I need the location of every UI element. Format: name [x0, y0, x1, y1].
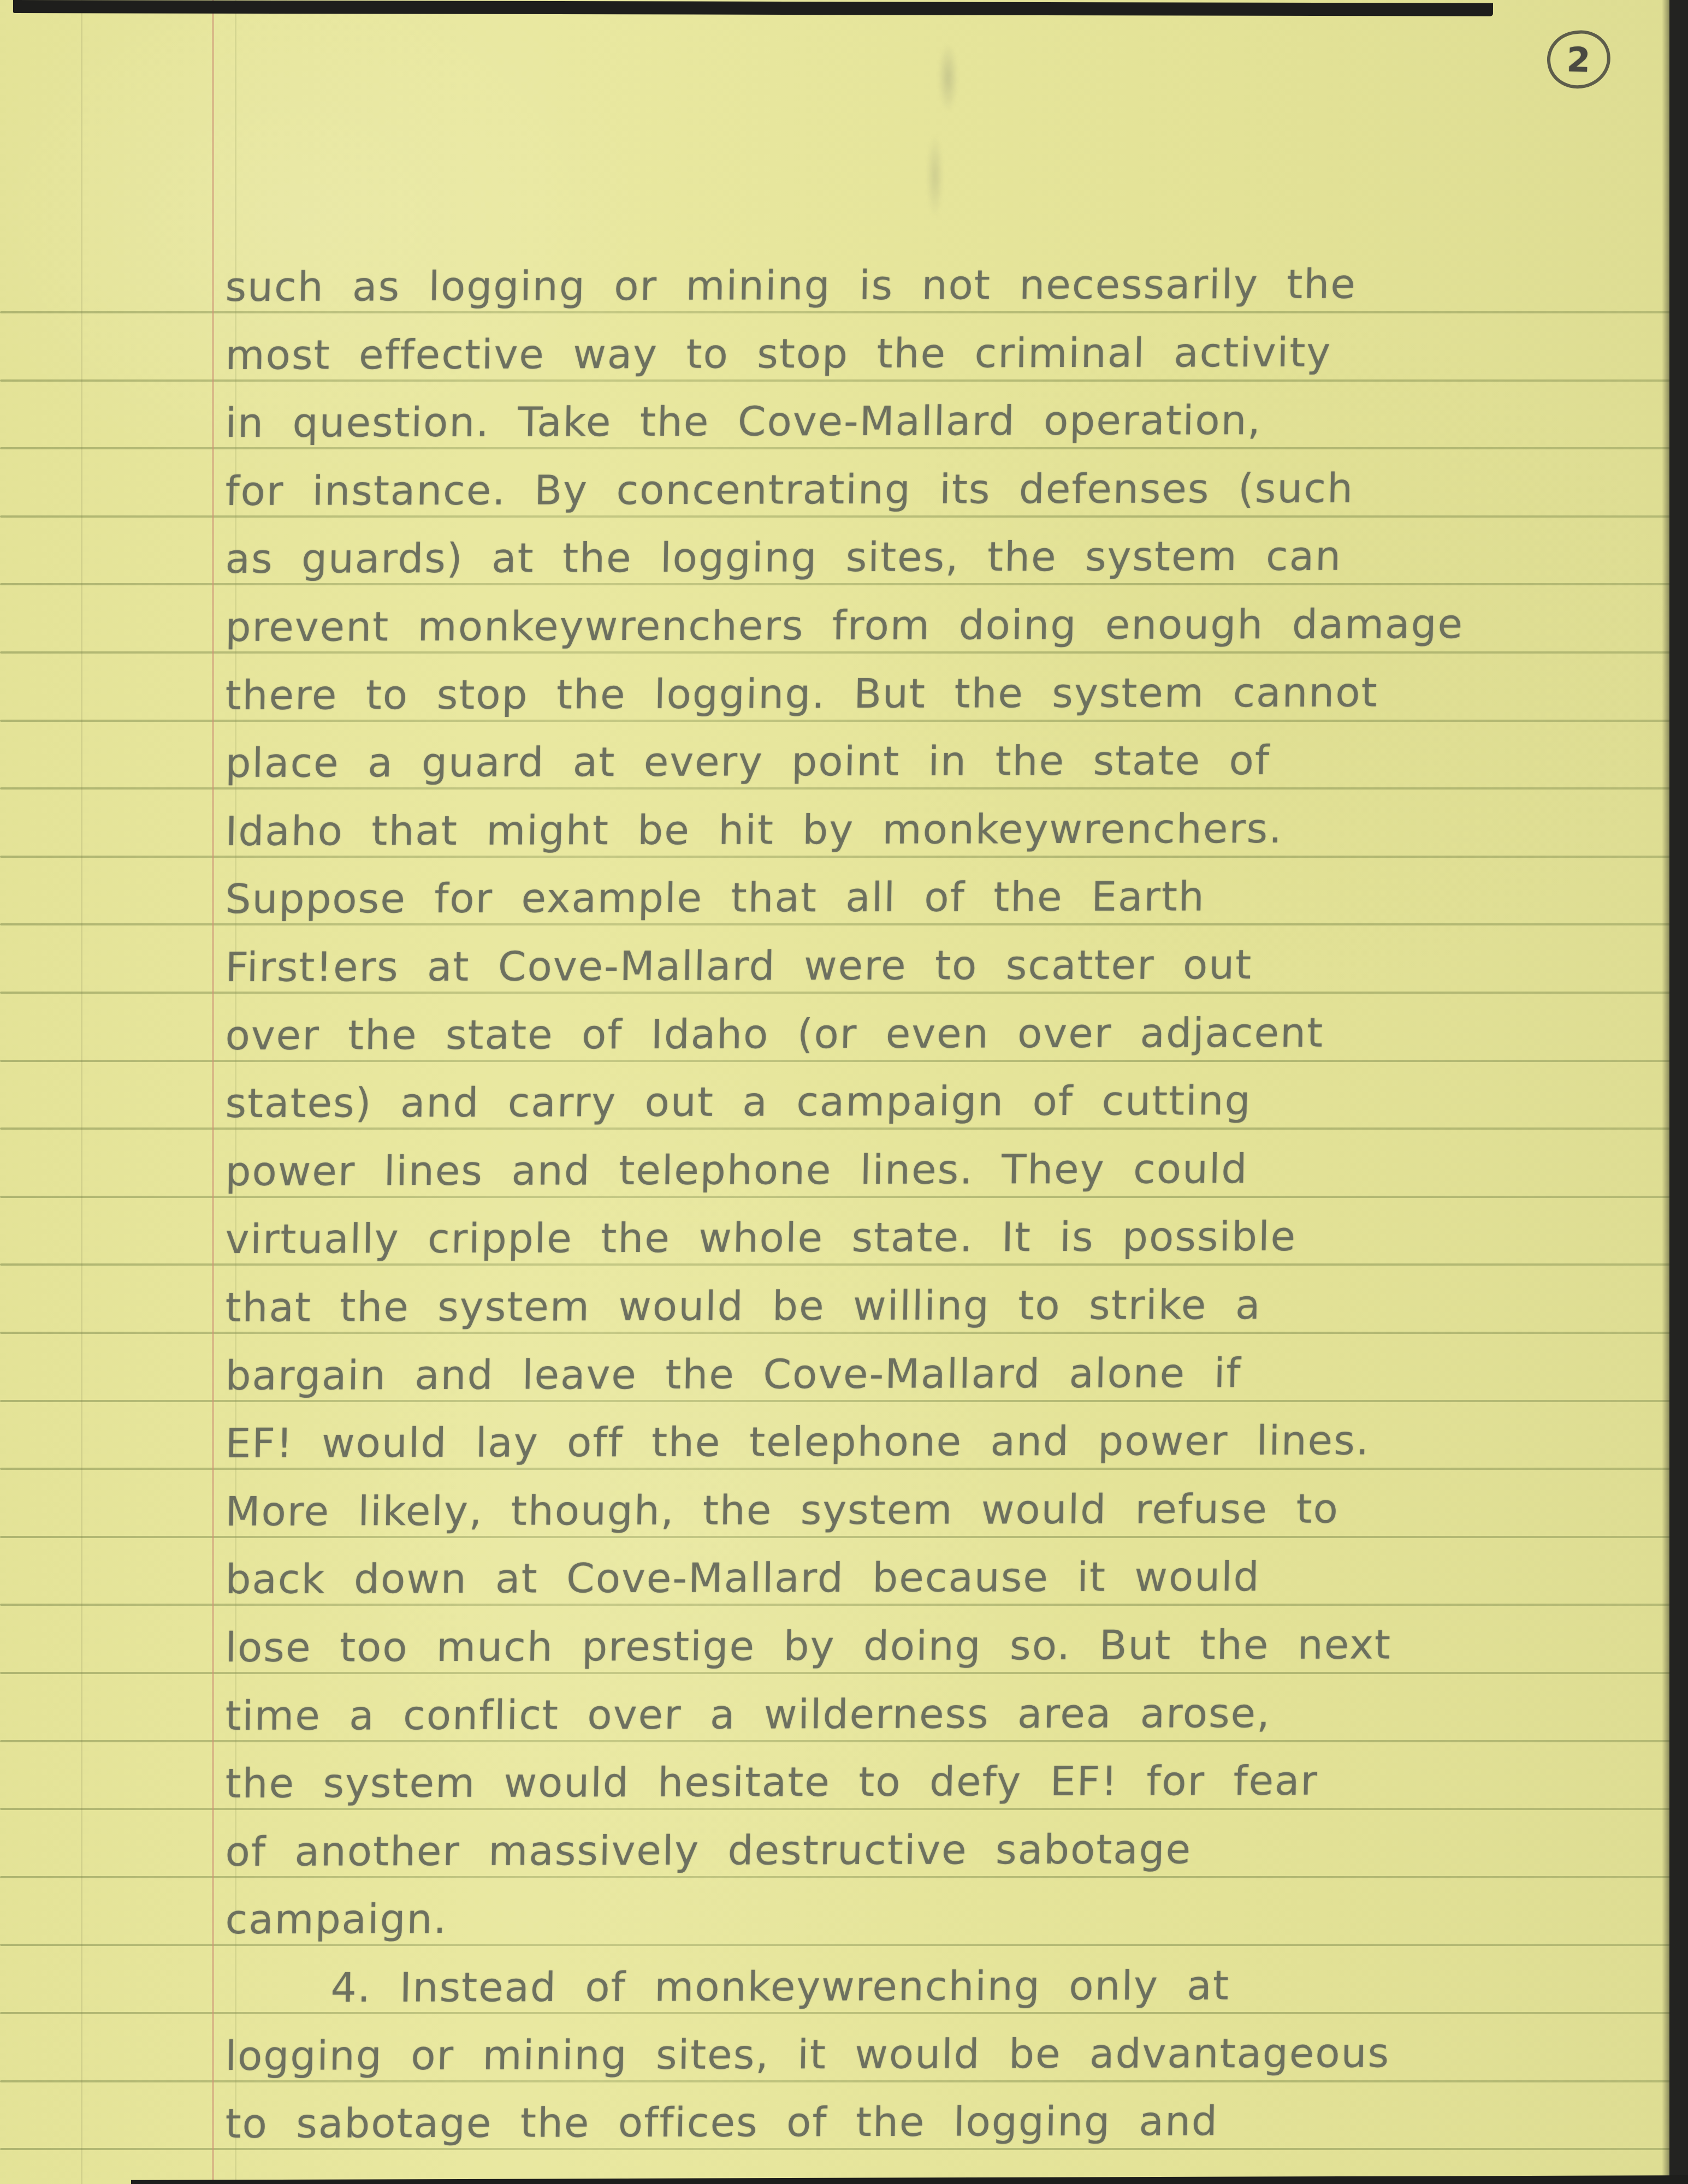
handwritten-line-21: lose too much prestige by doing so. But … — [225, 1621, 1392, 1672]
handwritten-line-14: power lines and telephone lines. They co… — [225, 1145, 1248, 1196]
handwritten-line-19: More likely, though, the system would re… — [225, 1485, 1339, 1536]
ruled-line — [0, 1332, 1670, 1334]
handwritten-line-9: Idaho that might be hit by monkeywrenche… — [225, 805, 1283, 856]
paper-crease — [81, 0, 82, 2184]
ruled-line — [0, 1400, 1670, 1402]
ruled-line — [0, 856, 1670, 858]
ruled-line — [0, 379, 1670, 382]
scan-edge-right — [1669, 0, 1688, 2184]
ruled-line — [0, 1740, 1670, 1742]
handwritten-line-8: place a guard at every point in the stat… — [225, 737, 1271, 787]
ruled-line — [0, 2012, 1670, 2014]
ruled-line — [0, 1196, 1670, 1198]
ruled-line — [0, 1604, 1670, 1606]
ruled-line — [0, 2080, 1670, 2082]
page-number: 2 — [1566, 39, 1591, 80]
handwritten-line-2: most effective way to stop the criminal … — [225, 329, 1332, 379]
ruled-line — [0, 1127, 1670, 1130]
handwritten-line-13: states) and carry out a campaign of cutt… — [225, 1077, 1252, 1127]
paper: 2 such as logging or mining is not neces… — [0, 0, 1688, 2184]
handwritten-line-5: as guards) at the logging sites, the sys… — [225, 532, 1342, 583]
handwritten-line-1: such as logging or mining is not necessa… — [225, 260, 1357, 311]
bleed-through-smudge — [896, 38, 983, 235]
ruled-line — [0, 583, 1670, 585]
handwritten-line-18: EF! would lay off the telephone and powe… — [225, 1417, 1370, 1468]
handwritten-line-15: virtually cripple the whole state. It is… — [225, 1213, 1297, 1263]
ruled-line — [0, 651, 1670, 654]
paper-edge-shadow — [1662, 0, 1669, 2184]
handwritten-line-6: prevent monkeywrenchers from doing enoug… — [225, 600, 1464, 651]
ruled-line — [0, 1263, 1670, 1266]
margin-line — [212, 0, 214, 2184]
handwritten-line-22: time a conflict over a wilderness area a… — [225, 1689, 1271, 1740]
handwritten-line-25: campaign. — [225, 1895, 448, 1944]
handwritten-line-4: for instance. By concentrating its defen… — [225, 465, 1354, 515]
handwritten-line-10: Suppose for example that all of the Eart… — [225, 873, 1205, 923]
ruled-line — [0, 1536, 1670, 1538]
handwritten-line-7: there to stop the logging. But the syste… — [225, 668, 1378, 720]
handwritten-line-24: of another massively destructive sabotag… — [225, 1825, 1192, 1876]
handwritten-line-26: 4. Instead of monkeywrenching only at — [330, 1962, 1230, 2012]
page-number-badge: 2 — [1544, 27, 1614, 92]
handwritten-line-16: that the system would be willing to stri… — [225, 1281, 1261, 1332]
scanned-page: 2 such as logging or mining is not neces… — [0, 0, 1688, 2184]
ruled-line — [0, 1944, 1670, 1946]
ruled-line — [0, 923, 1670, 925]
ruled-line — [0, 1468, 1670, 1470]
ruled-line — [0, 1060, 1670, 1062]
ruled-line — [0, 1876, 1670, 1878]
handwritten-line-20: back down at Cove-Mallard because it wou… — [225, 1553, 1260, 1604]
ruled-line — [0, 515, 1670, 518]
ruled-line — [0, 1808, 1670, 1810]
handwritten-line-28: to sabotage the offices of the logging a… — [225, 2097, 1219, 2148]
handwritten-line-3: in question. Take the Cove-Mallard opera… — [225, 396, 1262, 447]
handwritten-line-12: over the state of Idaho (or even over ad… — [225, 1009, 1324, 1060]
ruled-line — [0, 787, 1670, 790]
handwritten-line-11: First!ers at Cove-Mallard were to scatte… — [225, 941, 1253, 992]
ruled-line — [0, 2148, 1670, 2150]
ruled-line — [0, 720, 1670, 722]
ruled-line — [0, 992, 1670, 994]
ruled-line — [0, 311, 1670, 313]
handwritten-line-23: the system would hesitate to defy EF! fo… — [225, 1757, 1319, 1808]
ruled-line — [0, 1672, 1670, 1674]
handwritten-line-17: bargain and leave the Cove-Mallard alone… — [225, 1349, 1242, 1400]
ruled-line — [0, 447, 1670, 449]
handwritten-line-27: logging or mining sites, it would be adv… — [225, 2029, 1390, 2080]
